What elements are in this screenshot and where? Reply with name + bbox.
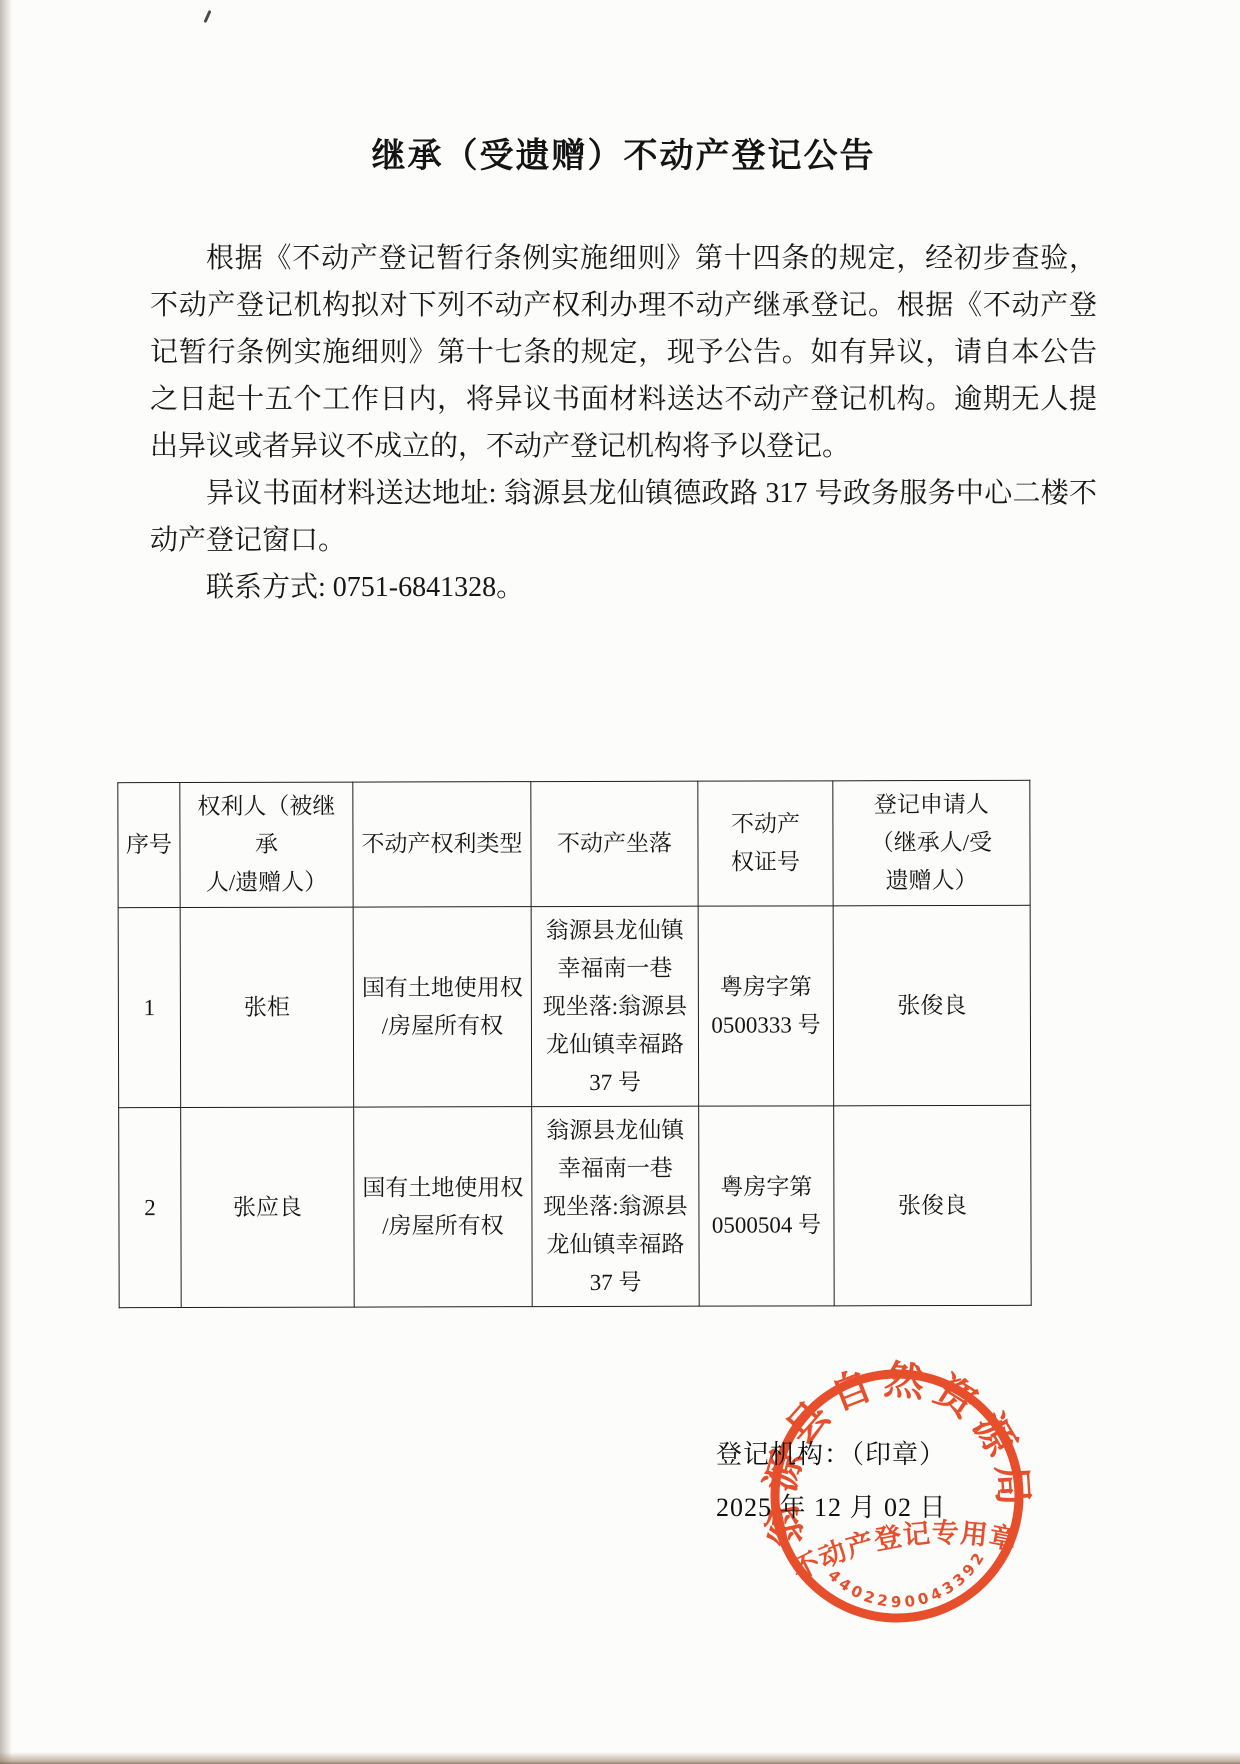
body-paragraph: 异议书面材料送达地址: 翁源县龙仙镇德政路 317 号政务服务中心二楼不动产登记…	[150, 470, 1097, 564]
table-cell: 国有土地使用权 /房屋所有权	[353, 907, 532, 1107]
table-cell: 国有土地使用权 /房屋所有权	[354, 1107, 533, 1307]
registration-authority-line: 登记机构：（印章）	[716, 1428, 947, 1481]
column-header: 权利人（被继承 人/遗赠人）	[180, 782, 353, 907]
table-cell: 张俊良	[834, 1105, 1032, 1306]
table-cell: 1	[118, 908, 181, 1108]
notice-content: 继承（受遗赠）不动产登记公告 根据《不动产登记暂行条例实施细则》第十四条的规定，…	[0, 0, 1240, 1307]
notice-body: 根据《不动产登记暂行条例实施细则》第十四条的规定，经初步查验，不动产登记机构拟对…	[150, 235, 1097, 611]
table-row: 1张柜国有土地使用权 /房屋所有权翁源县龙仙镇 幸福南一巷 现坐落:翁源县 龙仙…	[118, 905, 1031, 1107]
column-header: 不动产坐落	[531, 781, 698, 906]
footer-block: 登记机构：（印章） 2025 年 12 月 02 日	[716, 1428, 947, 1534]
table-cell: 翁源县龙仙镇 幸福南一巷 现坐落:翁源县 龙仙镇幸福路 37 号	[531, 906, 699, 1106]
table-cell: 张应良	[181, 1107, 355, 1307]
table-cell: 张俊良	[833, 905, 1031, 1106]
body-paragraph: 根据《不动产登记暂行条例实施细则》第十四条的规定，经初步查验，不动产登记机构拟对…	[150, 235, 1097, 470]
table-cell: 粤房字第 0500333 号	[698, 906, 834, 1106]
table-cell: 2	[119, 1108, 182, 1308]
column-header: 不动产权利类型	[353, 782, 531, 907]
announcement-table: 序号权利人（被继承 人/遗赠人）不动产权利类型不动产坐落不动产 权证号登记申请人…	[117, 780, 1031, 1308]
column-header: 不动产 权证号	[698, 781, 833, 906]
table-row: 2张应良国有土地使用权 /房屋所有权翁源县龙仙镇 幸福南一巷 现坐落:翁源县 龙…	[119, 1105, 1032, 1307]
table-body: 1张柜国有土地使用权 /房屋所有权翁源县龙仙镇 幸福南一巷 现坐落:翁源县 龙仙…	[118, 905, 1031, 1307]
notice-title: 继承（受遗赠）不动产登记公告	[150, 128, 1097, 177]
date-line: 2025 年 12 月 02 日	[716, 1481, 947, 1534]
body-paragraph: 联系方式: 0751-6841328。	[150, 564, 1097, 611]
table-cell: 张柜	[180, 907, 354, 1107]
table-cell: 翁源县龙仙镇 幸福南一巷 现坐落:翁源县 龙仙镇幸福路 37 号	[532, 1106, 700, 1306]
column-header: 序号	[118, 783, 180, 908]
column-header: 登记申请人 （继承人/受 遗赠人）	[833, 780, 1030, 906]
table-header-row: 序号权利人（被继承 人/遗赠人）不动产权利类型不动产坐落不动产 权证号登记申请人…	[118, 780, 1030, 907]
document-page: 继承（受遗赠）不动产登记公告 根据《不动产登记暂行条例实施细则》第十四条的规定，…	[0, 0, 1240, 1764]
table-cell: 粤房字第 0500504 号	[699, 1106, 835, 1306]
